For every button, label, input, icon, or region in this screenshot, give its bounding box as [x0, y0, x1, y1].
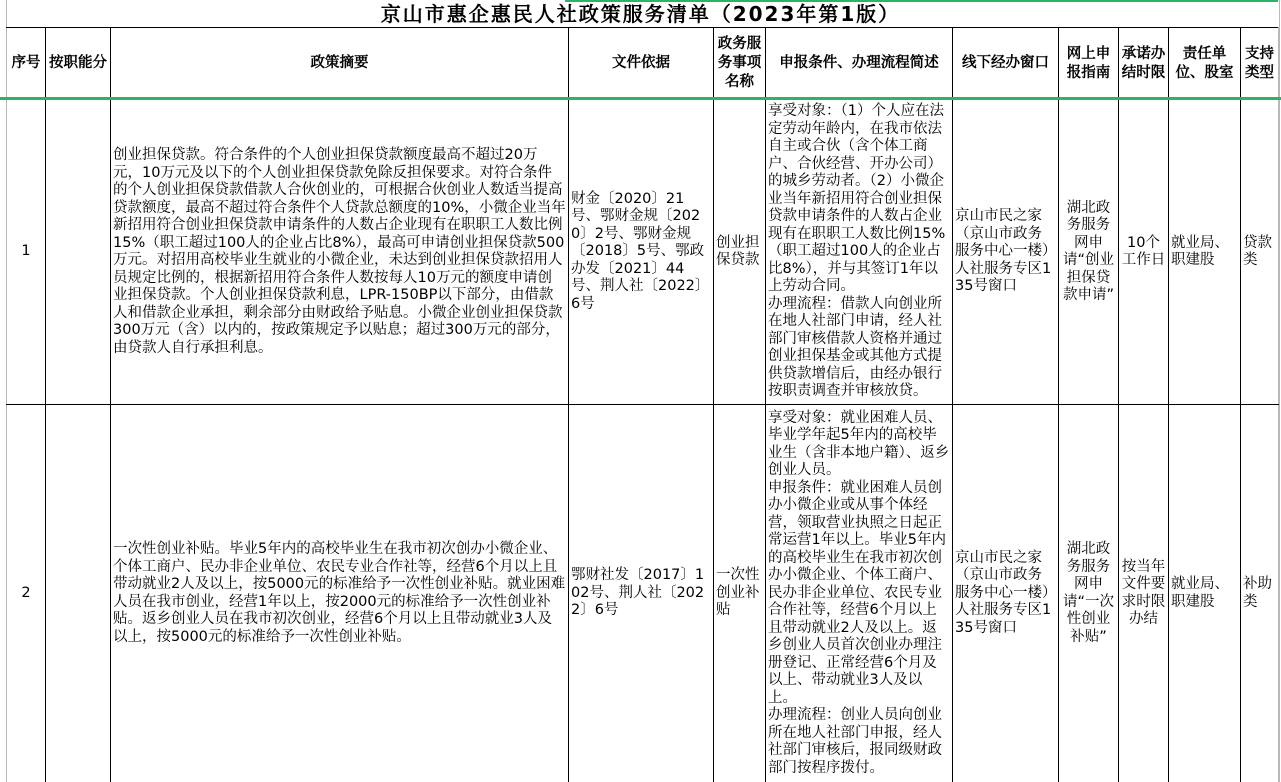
- table-row: 1 创业担保贷款。符合条件的个人创业担保贷款额度最高不超过20万元，10万元及以…: [7, 100, 1279, 405]
- policy-list-sheet: 京山市惠企惠民人社政策服务清单（2023年第1版） 序号 按职能分 政策摘要 文…: [0, 0, 1281, 782]
- row1-responsible-unit: 就业局、职建股: [1169, 100, 1241, 405]
- header-service-item-name: 政务服务事项名称: [714, 28, 766, 100]
- row1-document-basis: 财金〔2020〕21号、鄂财金规〔2020〕2号、鄂财金规〔2018〕5号、鄂政…: [569, 100, 714, 405]
- header-policy-summary: 政策摘要: [111, 28, 569, 100]
- row1-online-guide: 湖北政务服务网申请“创业担保贷款申请”: [1059, 100, 1119, 405]
- row2-document-basis: 鄂财社发〔2017〕102号、荆人社〔2022〕6号: [569, 405, 714, 782]
- row1-function: [46, 100, 111, 405]
- row1-service-item-name: 创业担保贷款: [714, 100, 766, 405]
- row2-online-guide: 湖北政务服务网申请“一次性创业补贴”: [1059, 405, 1119, 782]
- selection-accent-header-bottom: [0, 97, 1281, 100]
- row1-support-type: 贷款类: [1241, 100, 1279, 405]
- header-responsible-unit: 责任单位、股室: [1169, 28, 1241, 100]
- header-offline-window: 线下经办窗口: [953, 28, 1059, 100]
- header-serial: 序号: [7, 28, 46, 100]
- row2-function: [46, 405, 111, 782]
- row1-offline-window: 京山市民之家（京山市政务服务中心一楼）人社服务专区135号窗口: [953, 100, 1059, 405]
- sheet-gridline-right: [1279, 0, 1280, 782]
- row2-offline-window: 京山市民之家（京山市政务服务中心一楼）人社服务专区135号窗口: [953, 405, 1059, 782]
- row2-policy-summary: 一次性创业补贴。毕业5年内的高校毕业生在我市初次创办小微企业、个体工商户、民办非…: [111, 405, 569, 782]
- row2-conditions-process: 享受对象：就业困难人员、毕业学年起5年内的高校毕业生（含非本地户籍）、返乡创业人…: [766, 405, 953, 782]
- row1-serial: 1: [7, 100, 46, 405]
- row2-serial: 2: [7, 405, 46, 782]
- row1-time-limit: 10个工作日: [1119, 100, 1169, 405]
- row2-responsible-unit: 就业局、职建股: [1169, 405, 1241, 782]
- header-time-limit: 承诺办结时限: [1119, 28, 1169, 100]
- policy-table: 序号 按职能分 政策摘要 文件依据 政务服务事项名称 申报条件、办理流程简述 线…: [6, 27, 1279, 782]
- row2-service-item-name: 一次性创业补贴: [714, 405, 766, 782]
- header-support-type: 支持类型: [1241, 28, 1279, 100]
- header-function: 按职能分: [46, 28, 111, 100]
- table-header-row: 序号 按职能分 政策摘要 文件依据 政务服务事项名称 申报条件、办理流程简述 线…: [7, 28, 1279, 100]
- row2-support-type: 补助类: [1241, 405, 1279, 782]
- table-row: 2 一次性创业补贴。毕业5年内的高校毕业生在我市初次创办小微企业、个体工商户、民…: [7, 405, 1279, 782]
- selection-accent-top: [565, 0, 1278, 2]
- header-document-basis: 文件依据: [569, 28, 714, 100]
- row1-conditions-process: 享受对象：（1）个人应在法定劳动年龄内，在我市依法自主或合伙（含个体工商户、合伙…: [766, 100, 953, 405]
- page-title: 京山市惠企惠民人社政策服务清单（2023年第1版）: [0, 2, 1281, 26]
- header-online-guide: 网上申报指南: [1059, 28, 1119, 100]
- header-conditions-process: 申报条件、办理流程简述: [766, 28, 953, 100]
- row1-policy-summary: 创业担保贷款。符合条件的个人创业担保贷款额度最高不超过20万元，10万元及以下的…: [111, 100, 569, 405]
- row2-time-limit: 按当年文件要求时限办结: [1119, 405, 1169, 782]
